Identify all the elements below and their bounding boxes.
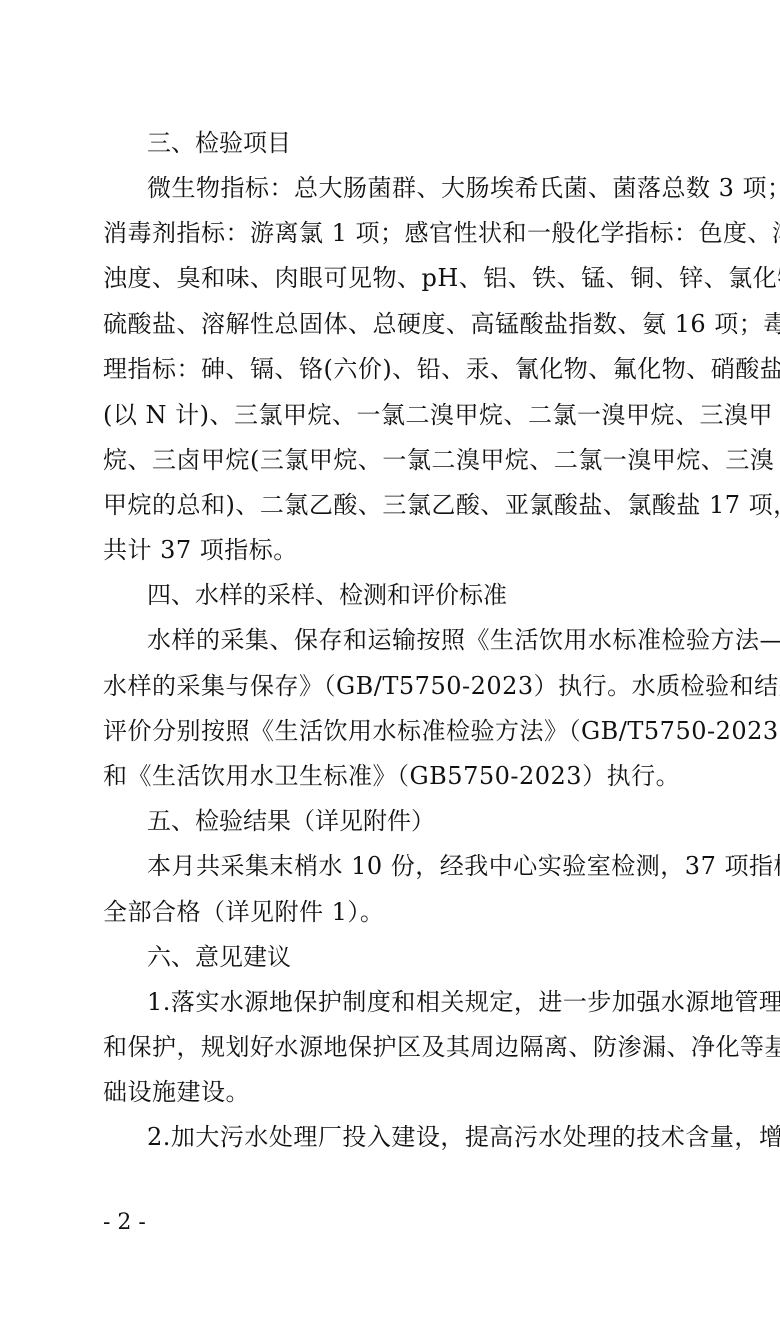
section-heading-recommendations: 六、意见建议 [147, 942, 291, 972]
paragraph-line: 水样的采集、保存和运输按照《生活饮用水标准检验方法— [147, 625, 735, 655]
section-heading-inspection-items: 三、检验项目 [147, 128, 291, 158]
paragraph-line: 甲烷的总和)、二氯乙酸、三氯乙酸、亚氯酸盐、氯酸盐 17 项， [103, 490, 735, 520]
paragraph-line: 微生物指标：总大肠菌群、大肠埃希氏菌、菌落总数 3 项； [147, 173, 735, 203]
paragraph-line: 和《生活饮用水卫生标准》（GB5750-2023）执行。 [103, 761, 735, 791]
paragraph-line: 共计 37 项指标。 [103, 535, 735, 565]
section-heading-sampling-standards: 四、水样的采样、检测和评价标准 [147, 580, 507, 610]
paragraph-line: 硫酸盐、溶解性总固体、总硬度、高锰酸盐指数、氨 16 项；毒 [103, 309, 735, 339]
paragraph-line: 评价分别按照《生活饮用水标准检验方法》（GB/T5750-2023） [103, 716, 735, 746]
paragraph-line: 消毒剂指标：游离氯 1 项；感官性状和一般化学指标：色度、浑 [103, 218, 735, 248]
paragraph-line: 理指标：砷、镉、铬(六价)、铅、汞、氰化物、氟化物、硝酸盐 [103, 354, 735, 384]
paragraph-line: (以 N 计)、三氯甲烷、一氯二溴甲烷、二氯一溴甲烷、三溴甲 [103, 400, 735, 430]
section-heading-results: 五、检验结果（详见附件） [147, 806, 435, 836]
paragraph-line: 1.落实水源地保护制度和相关规定，进一步加强水源地管理 [147, 987, 735, 1017]
paragraph-line: 和保护，规划好水源地保护区及其周边隔离、防渗漏、净化等基 [103, 1032, 735, 1062]
page-number: - 2 - [103, 1208, 146, 1238]
document-page: 三、检验项目 微生物指标：总大肠菌群、大肠埃希氏菌、菌落总数 3 项； 消毒剂指… [0, 0, 780, 1336]
paragraph-line: 本月共采集末梢水 10 份，经我中心实验室检测，37 项指标 [147, 851, 735, 881]
paragraph-line: 烷、三卤甲烷(三氯甲烷、一氯二溴甲烷、二氯一溴甲烷、三溴 [103, 445, 735, 475]
paragraph-line: 2.加大污水处理厂投入建设，提高污水处理的技术含量，增 [147, 1122, 735, 1152]
paragraph-line: 浊度、臭和味、肉眼可见物、pH、铝、铁、锰、铜、锌、氯化物、 [103, 263, 735, 293]
paragraph-line: 全部合格（详见附件 1）。 [103, 897, 735, 927]
paragraph-line: 水样的采集与保存》（GB/T5750-2023）执行。水质检验和结果 [103, 671, 735, 701]
paragraph-line: 础设施建设。 [103, 1077, 735, 1107]
